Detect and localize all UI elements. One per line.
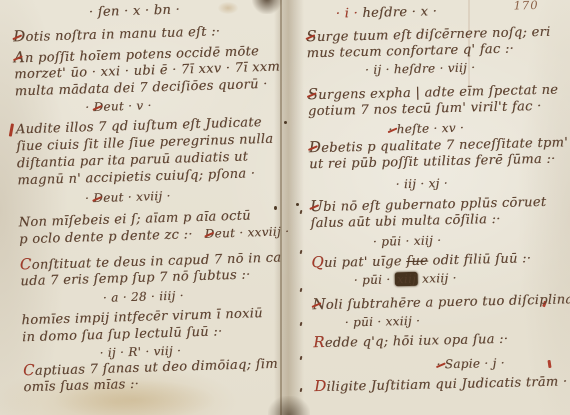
initial-letter: U: [310, 198, 323, 215]
verse-text: edde q'q; hōi iux opa ſua :·: [325, 332, 509, 351]
right-page-header: · i · heſdre · x ·: [336, 3, 438, 22]
ref-text: xxiij ·: [418, 271, 457, 286]
scripture-ref: · ij · heſdre · viij ·: [365, 59, 476, 77]
folio-number: 170: [513, 0, 538, 13]
right-verse-1: Surge tuum eſt diſcērnere noſq; eri mus …: [306, 23, 551, 63]
right-page: · i · heſdre · x · 170 Surge tuum eſt di…: [0, 0, 570, 415]
verse-line: Noli ſubtrahēre a puero tuo diſciplina ·: [312, 290, 570, 313]
scripture-ref: · Sapie · j ·: [436, 355, 505, 373]
initial-letter-rubric: D: [314, 377, 327, 395]
manuscript-photo: · ſen · x · bn · Dotis noſtra in manu tu…: [0, 0, 570, 415]
right-verse-2: Surgens expha | adte eīm ſpectat ne goti…: [307, 81, 558, 121]
right-verse-8: Diligite Juſtitiam qui Judicatis trām ·: [314, 372, 567, 395]
scripture-ref: · iij · xj ·: [395, 175, 448, 192]
verse-line: Diligite Juſtitiam qui Judicatis trām ·: [314, 372, 567, 395]
right-verse-6: Noli ſubtrahēre a puero tuo diſciplina ·: [312, 290, 570, 313]
scripture-ref: · pūi · xiij xxiij ·: [354, 270, 457, 288]
right-verse-7: Redde q'q; hōi iux opa ſua :·: [313, 330, 508, 351]
header-text: heſdre · x ·: [358, 4, 437, 21]
initial-letter: S: [307, 86, 318, 103]
verse-line: Qui pat' uīge ſue odit filiū ſuū :·: [311, 249, 531, 271]
initial-letter: D: [309, 139, 322, 156]
initial-letter-rubric: Q: [311, 253, 324, 271]
initial-letter: S: [306, 28, 317, 45]
right-verse-5: Qui pat' uīge ſue odit filiū ſuū :·: [311, 249, 531, 271]
ref-text: · pūi ·: [354, 272, 395, 287]
verse-text: ui pat' uīge: [324, 254, 407, 271]
header-rubric-mark: · i ·: [336, 6, 359, 21]
scripture-ref: · heſte · xv ·: [388, 120, 464, 138]
verse-text: oli ſubtrahēre a puero tuo diſciplina ·: [326, 292, 570, 313]
initial-letter: N: [312, 296, 326, 313]
struck-word: ſue: [406, 254, 428, 269]
right-verse-4: Ubi nō eſt gubernato pplūs cōruet ſalus …: [310, 193, 547, 232]
verse-line: Redde q'q; hōi iux opa ſua :·: [313, 330, 508, 351]
ink-blot-correction: xiij: [394, 272, 418, 287]
initial-letter-rubric: R: [313, 333, 325, 351]
scripture-ref: · pūi · xiij ·: [373, 232, 442, 250]
scripture-ref: · pūi · xxiij ·: [345, 313, 421, 331]
verse-text: odit filiū ſuū :·: [428, 251, 532, 268]
right-verse-3: Debetis p qualitate 7 neceſſitate tpm' u…: [309, 133, 569, 173]
verse-text: iligite Juſtitiam qui Judicatis trām ·: [326, 374, 567, 394]
